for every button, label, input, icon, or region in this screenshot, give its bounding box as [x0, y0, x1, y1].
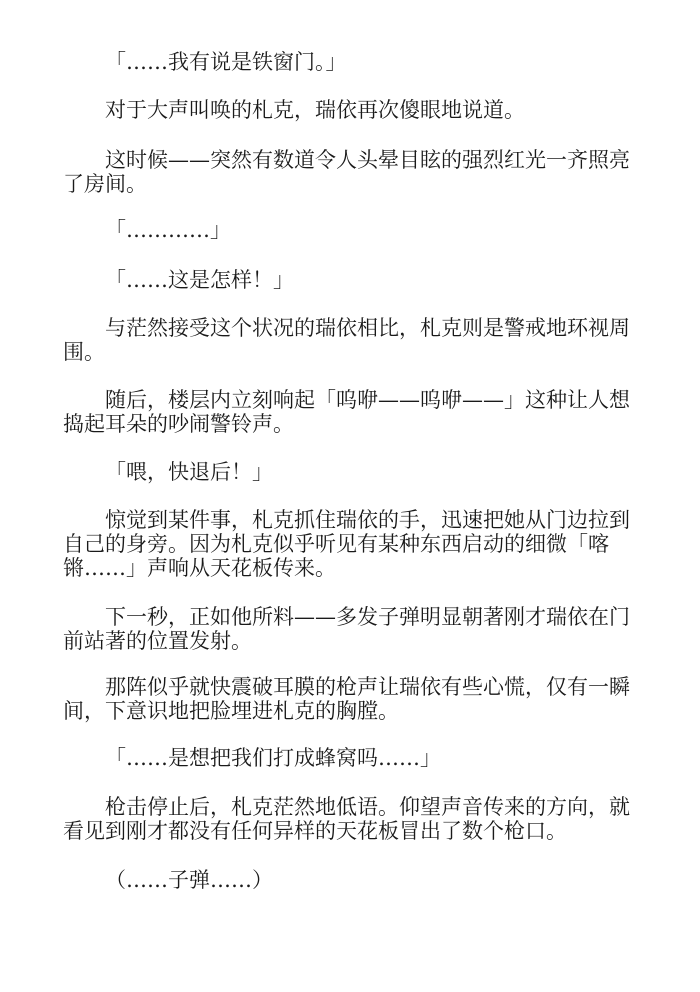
paragraph-1: 「……我有说是铁窗门。」	[63, 50, 635, 74]
paragraph-14: （……子弹……）	[63, 868, 635, 892]
paragraph-5: 「……这是怎样！」	[63, 268, 635, 292]
paragraph-8: 「喂，快退后！」	[63, 460, 635, 484]
paragraph-9: 惊觉到某件事，札克抓住瑞依的手，迅速把她从门边拉到自己的身旁。因为札克似乎听见有…	[63, 508, 635, 580]
paragraph-13: 枪击停止后，札克茫然地低语。仰望声音传来的方向，就看见到刚才都没有任何异样的天花…	[63, 795, 635, 843]
paragraph-4: 「…………」	[63, 218, 635, 242]
paragraph-12: 「……是想把我们打成蜂窝吗……」	[63, 746, 635, 770]
paragraph-10: 下一秒，正如他所料——多发子弹明显朝著刚才瑞依在门前站著的位置发射。	[63, 605, 635, 653]
paragraph-6: 与茫然接受这个状况的瑞依相比，札克则是警戒地环视周围。	[63, 316, 635, 364]
paragraph-11: 那阵似乎就快震破耳膜的枪声让瑞依有些心慌，仅有一瞬间，下意识地把脸埋进札克的胸膛…	[63, 675, 635, 723]
paragraph-7: 随后，楼层内立刻响起「呜咿——呜咿——」这种让人想捣起耳朵的吵闹警铃声。	[63, 388, 635, 436]
paragraph-3: 这时候——突然有数道令人头晕目眩的强烈红光一齐照亮了房间。	[63, 148, 635, 196]
paragraph-2: 对于大声叫唤的札克，瑞依再次傻眼地说道。	[63, 98, 635, 122]
